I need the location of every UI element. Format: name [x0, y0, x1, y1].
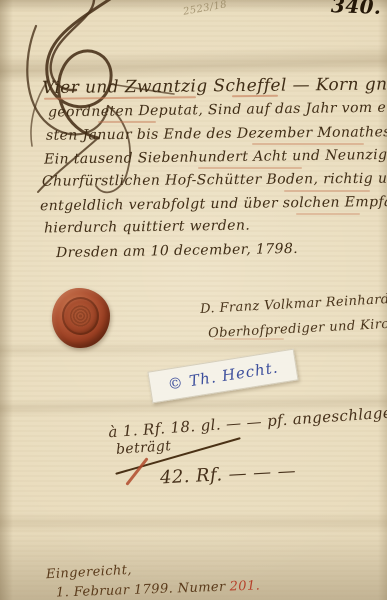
footer-eingereicht: Eingereicht,	[46, 563, 133, 582]
red-underline	[296, 213, 360, 215]
edge-shadow-left	[0, 0, 13, 600]
fold-crease	[0, 512, 387, 534]
red-underline	[284, 190, 370, 192]
footer-registration: 1. Februar 1799. Numer201.	[56, 578, 261, 600]
footer-number-red: 201.	[229, 578, 260, 594]
pencil-note: 2523/18	[182, 0, 228, 18]
account-rate-line: à 1. Rf. 18. gl. — — pf. angeschlagen	[108, 403, 387, 441]
footer-date-text: 1. Februar 1799. Numer	[56, 580, 226, 600]
wax-seal-impression	[62, 297, 99, 335]
signature-title: Oberhofprediger und Kirchenrath.	[208, 314, 387, 342]
body-line: hierdurch quittiert werden.	[44, 218, 250, 237]
wax-seal-coat-of-arms	[70, 305, 91, 327]
red-underline	[98, 121, 156, 123]
red-check-stroke	[125, 457, 148, 486]
body-line: Vier und Zwantzig Scheffel — Korn gnädig…	[42, 74, 387, 98]
body-line: entgeldlich verabfolgt und über solchen …	[40, 194, 387, 215]
body-line: geordneten Deputat, Sind auf das Jahr vo…	[48, 100, 387, 121]
signature-name: D. Franz Volkmar Reinhard	[200, 292, 387, 317]
fold-crease	[0, 338, 387, 359]
body-line: sten Januar bis Ende des Dezember Monath…	[46, 124, 387, 144]
dateline: Dresden am 10 december, 1798.	[56, 241, 298, 261]
red-underline	[252, 143, 364, 145]
wax-seal	[52, 288, 110, 348]
red-underline	[198, 167, 302, 169]
account-betraegt: beträgt	[116, 438, 172, 458]
manuscript-page: 340. 2523/18 Vier und Zwantzig Scheffel …	[0, 0, 387, 600]
page-number: 340.	[330, 0, 381, 19]
account-total: 42. Rf. — — —	[160, 460, 297, 488]
collector-label: © Th. Hecht.	[147, 349, 298, 404]
body-line: Ein tausend Siebenhundert Acht und Neunz…	[44, 146, 387, 167]
body-line: Churfürstlichen Hof-Schütter Boden, rich…	[42, 170, 387, 189]
collector-label-text: © Th. Hecht.	[166, 358, 279, 393]
